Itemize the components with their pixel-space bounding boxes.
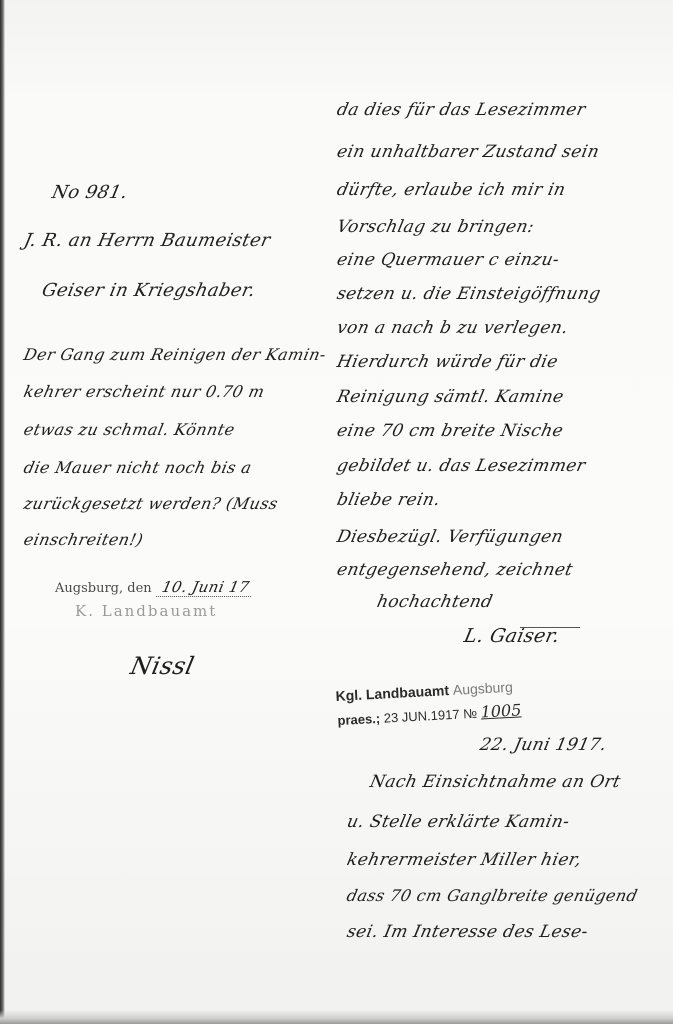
closing-line: hochachtend bbox=[375, 592, 495, 612]
right-body-line-12: bliebe rein. bbox=[335, 490, 442, 510]
left-body-line-6: einschreiten!) bbox=[22, 530, 145, 549]
right-body-line-4: Vorschlag zu bringen: bbox=[335, 217, 536, 237]
received-stamp-label: praes.; bbox=[337, 711, 380, 728]
note-line-2: u. Stelle erklärte Kamin- bbox=[345, 812, 571, 832]
received-stamp-city: Augsburg bbox=[452, 679, 513, 698]
right-body-line-1: da dies für das Lesezimmer bbox=[335, 100, 587, 120]
right-body-line-7: von a nach b zu verlegen. bbox=[335, 318, 570, 338]
office-stamp: K. Landbauamt bbox=[75, 602, 217, 620]
note-line-3: kehrermeister Miller hier, bbox=[345, 850, 583, 870]
document-page: No 981. J. R. an Herrn Baumeister Geiser… bbox=[0, 0, 673, 1024]
signature-underline bbox=[520, 627, 580, 628]
dated-stamp: Augsburg, den 10. Juni 17 bbox=[55, 578, 251, 597]
left-body-line-1: Der Gang zum Reinigen der Kamin- bbox=[22, 345, 328, 364]
received-stamp-number-prefix: № bbox=[463, 706, 478, 722]
address-line-2: Geiser in Kriegshaber. bbox=[40, 280, 257, 301]
note-date: 22. Juni 1917. bbox=[478, 735, 609, 755]
note-line-1: Nach Einsichtnahme an Ort bbox=[368, 772, 622, 792]
received-stamp-line-2: praes.; 23 JUN.1917 № 1005 bbox=[337, 700, 522, 729]
note-line-4: dass 70 cm Ganglbreite genügend bbox=[345, 886, 639, 905]
document-number: No 981. bbox=[50, 182, 130, 203]
left-body-line-2: kehrer erscheint nur 0.70 m bbox=[22, 382, 266, 401]
received-stamp-office: Kgl. Landbauamt bbox=[335, 682, 449, 704]
signature: L. Gaiser. bbox=[462, 625, 562, 647]
address-line-1: J. R. an Herrn Baumeister bbox=[22, 230, 272, 251]
right-body-line-9: Reinigung sämtl. Kamine bbox=[335, 387, 566, 407]
received-stamp-date: 23 JUN.1917 bbox=[383, 707, 460, 726]
right-body-line-10: eine 70 cm breite Nische bbox=[335, 421, 565, 441]
right-body-line-8: Hierdurch würde für die bbox=[335, 352, 560, 372]
stamp-handwritten-date: 10. Juni 17 bbox=[156, 578, 255, 597]
right-body-line-11: gebildet u. das Lesezimmer bbox=[335, 456, 587, 476]
received-stamp-line-1: Kgl. Landbauamt Augsburg bbox=[335, 679, 513, 704]
scan-bottom-edge bbox=[0, 1010, 673, 1024]
right-body-line-2: ein unhaltbarer Zustand sein bbox=[335, 142, 601, 162]
initials-signature: Nissl bbox=[128, 652, 197, 680]
left-body-line-3: etwas zu schmal. Könnte bbox=[22, 420, 237, 439]
left-body-line-4: die Mauer nicht noch bis a bbox=[22, 458, 253, 477]
left-body-line-5: zurückgesetzt werden? (Muss bbox=[22, 494, 280, 513]
right-body-line-6: setzen u. die Einsteigöffnung bbox=[335, 284, 603, 304]
note-line-5: sei. Im Interesse des Lese- bbox=[345, 922, 590, 942]
right-body-line-5: eine Quermauer c einzu- bbox=[335, 250, 561, 270]
stamp-place-label: Augsburg, den bbox=[55, 581, 152, 596]
received-stamp-number: 1005 bbox=[480, 700, 522, 721]
right-body-line-13: Diesbezügl. Verfügungen bbox=[335, 527, 565, 547]
scan-left-edge bbox=[0, 0, 5, 1024]
right-body-line-3: dürfte, erlaube ich mir in bbox=[335, 180, 567, 200]
right-body-line-14: entgegensehend, zeichnet bbox=[335, 560, 575, 580]
